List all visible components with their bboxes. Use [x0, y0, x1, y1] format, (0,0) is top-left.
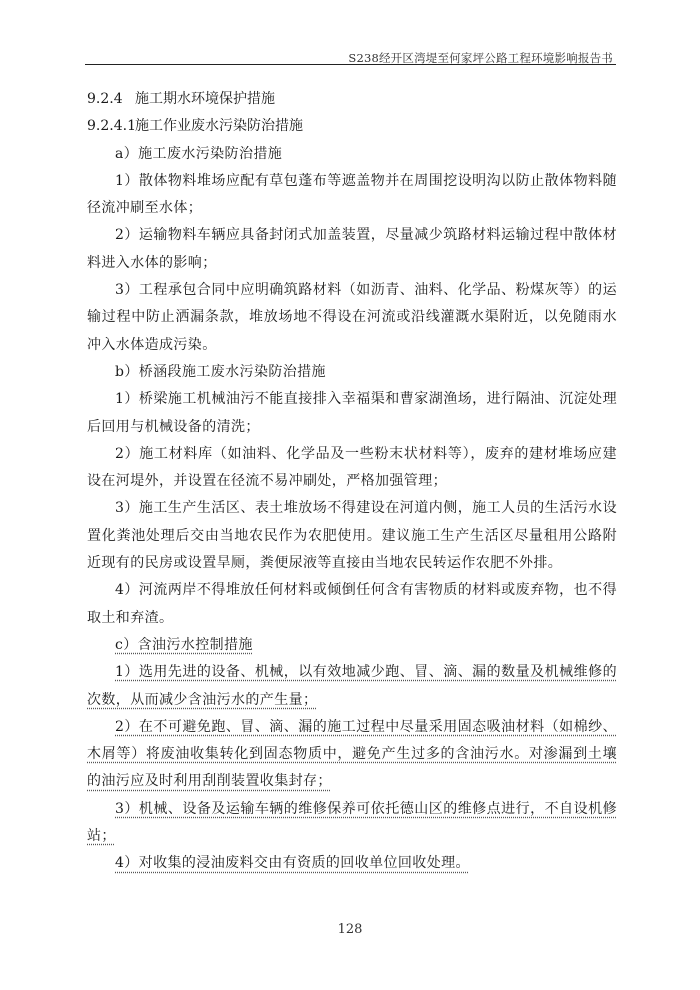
group-heading-a: a）施工废水污染防治措施	[87, 141, 617, 168]
revised-text: c）含油污水控制措施	[115, 637, 253, 653]
section-heading: 9.2.4 施工期水环境保护措施	[87, 86, 617, 113]
subsection-number: 9.2.4.1	[87, 113, 135, 140]
subsection-title: 施工作业废水污染防治措施	[135, 113, 303, 140]
section-number: 9.2.4	[87, 86, 135, 113]
group-heading-c: c）含油污水控制措施	[87, 632, 617, 659]
section-title: 施工期水环境保护措施	[135, 86, 275, 113]
revised-text: 4）对收集的浸油废料交由有资质的回收单位回收处理。	[115, 855, 470, 871]
list-item: 3）机械、设备及运输车辆的维修保养可依托德山区的维修点进行，不自设机修站；	[87, 796, 617, 851]
list-item: 3）施工生产生活区、表土堆放场不得建设在河道内侧，施工人员的生活污水设置化粪池处…	[87, 495, 617, 577]
list-item: 1）选用先进的设备、机械，以有效地减少跑、冒、滴、漏的数量及机械维修的次数，从而…	[87, 659, 617, 714]
subsection-heading: 9.2.4.1 施工作业废水污染防治措施	[87, 113, 617, 140]
list-item: 4）对收集的浸油废料交由有资质的回收单位回收处理。	[87, 850, 617, 877]
list-item: 2）运输物料车辆应具备封闭式加盖装置，尽量减少筑路材料运输过程中散体材料进入水体…	[87, 222, 617, 277]
page-content: 9.2.4 施工期水环境保护措施 9.2.4.1 施工作业废水污染防治措施 a）…	[87, 86, 617, 878]
list-item: 4）河流两岸不得堆放任何材料或倾倒任何含有害物质的材料或废弃物，也不得取土和弃渣…	[87, 577, 617, 632]
list-item: 2）施工材料库（如油料、化学品及一些粉末状材料等），废弃的建材堆场应建设在河堤外…	[87, 441, 617, 496]
page-number: 128	[0, 922, 700, 937]
list-item: 1）散体物料堆场应配有草包蓬布等遮盖物并在周围挖设明沟以防止散体物料随径流冲刷至…	[87, 168, 617, 223]
group-heading-b: b）桥涵段施工废水污染防治措施	[87, 359, 617, 386]
revised-text: 2）在不可避免跑、冒、滴、漏的施工过程中尽量采用固态吸油材料（如棉纱、木屑等）将…	[87, 719, 617, 790]
list-item: 1）桥梁施工机械油污不能直接排入幸福渠和曹家湖渔场，进行隔油、沉淀处理后回用与机…	[87, 386, 617, 441]
list-item: 2）在不可避免跑、冒、滴、漏的施工过程中尽量采用固态吸油材料（如棉纱、木屑等）将…	[87, 714, 617, 796]
revised-text: 3）机械、设备及运输车辆的维修保养可依托德山区的维修点进行，不自设机修站；	[87, 801, 617, 844]
revised-text: 1）选用先进的设备、机械，以有效地减少跑、冒、滴、漏的数量及机械维修的次数，从而…	[87, 664, 617, 707]
header-divider	[85, 64, 616, 65]
list-item: 3）工程承包合同中应明确筑路材料（如沥青、油料、化学品、粉煤灰等）的运输过程中防…	[87, 277, 617, 359]
